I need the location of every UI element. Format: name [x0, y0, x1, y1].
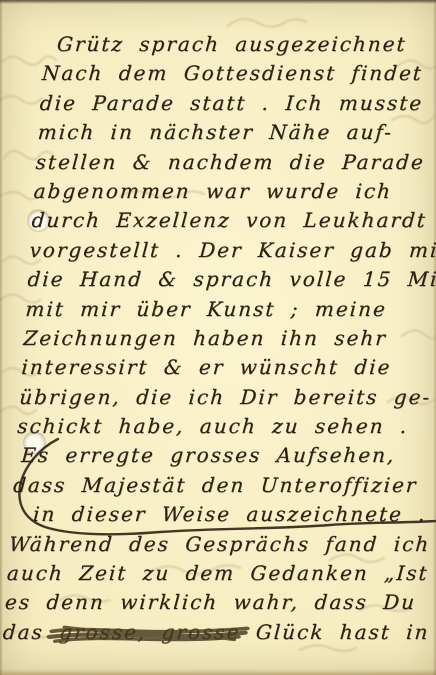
- letter-line: Zeichnungen haben ihn sehr: [22, 324, 415, 353]
- scan-edge-bottom: [0, 669, 436, 675]
- scan-edge-top: [0, 0, 436, 4]
- letter-line: abgenommen war wurde ich: [33, 177, 426, 206]
- letter-body: Grütz sprach ausgezeichnet Nach dem Gott…: [2, 30, 436, 647]
- letter-line: übrigen, die ich Dir bereits ge-: [18, 383, 411, 412]
- letter-line: es denn wirklich wahr, dass Du: [4, 588, 397, 617]
- letter-line: vorgestellt . Der Kaiser gab mir: [29, 236, 422, 265]
- letter-line: Während des Gesprächs fand ich: [8, 530, 401, 559]
- letter-page: Grütz sprach ausgezeichnet Nach dem Gott…: [0, 0, 436, 675]
- letter-line-circled: dass Majestät den Unteroffizier: [12, 471, 405, 500]
- struck-out-words: grosse, grosse: [58, 618, 241, 647]
- letter-line: interessirt & er wünscht die: [20, 353, 413, 382]
- letter-line: mit mir über Kunst ; meine: [24, 295, 417, 324]
- last-line-after: Glück hast in: [240, 620, 431, 644]
- letter-line-circled: in dieser Weise auszeichnete .: [10, 500, 403, 529]
- strikethrough-scribble-icon: [47, 620, 252, 648]
- scan-edge-left: [0, 0, 3, 675]
- letter-line: auch Zeit zu dem Gedanken „Ist: [6, 559, 399, 588]
- letter-line: stellen & nachdem die Parade: [35, 148, 428, 177]
- letter-line: durch Exzellenz von Leukhardt: [31, 206, 424, 235]
- letter-line: schickt habe, auch zu sehen .: [16, 412, 409, 441]
- letter-line: die Hand & sprach volle 15 Minuten: [27, 265, 420, 294]
- letter-line: mich in nächster Nähe auf-: [37, 118, 430, 147]
- letter-line-last: das grosse, grosse Glück hast in: [2, 618, 395, 647]
- letter-line: Grütz sprach ausgezeichnet: [43, 30, 436, 59]
- letter-line: Nach dem Gottesdienst findet: [41, 59, 434, 88]
- letter-line-circled: Es erregte grosses Aufsehen,: [14, 441, 407, 470]
- letter-line: die Parade statt . Ich musste: [39, 89, 432, 118]
